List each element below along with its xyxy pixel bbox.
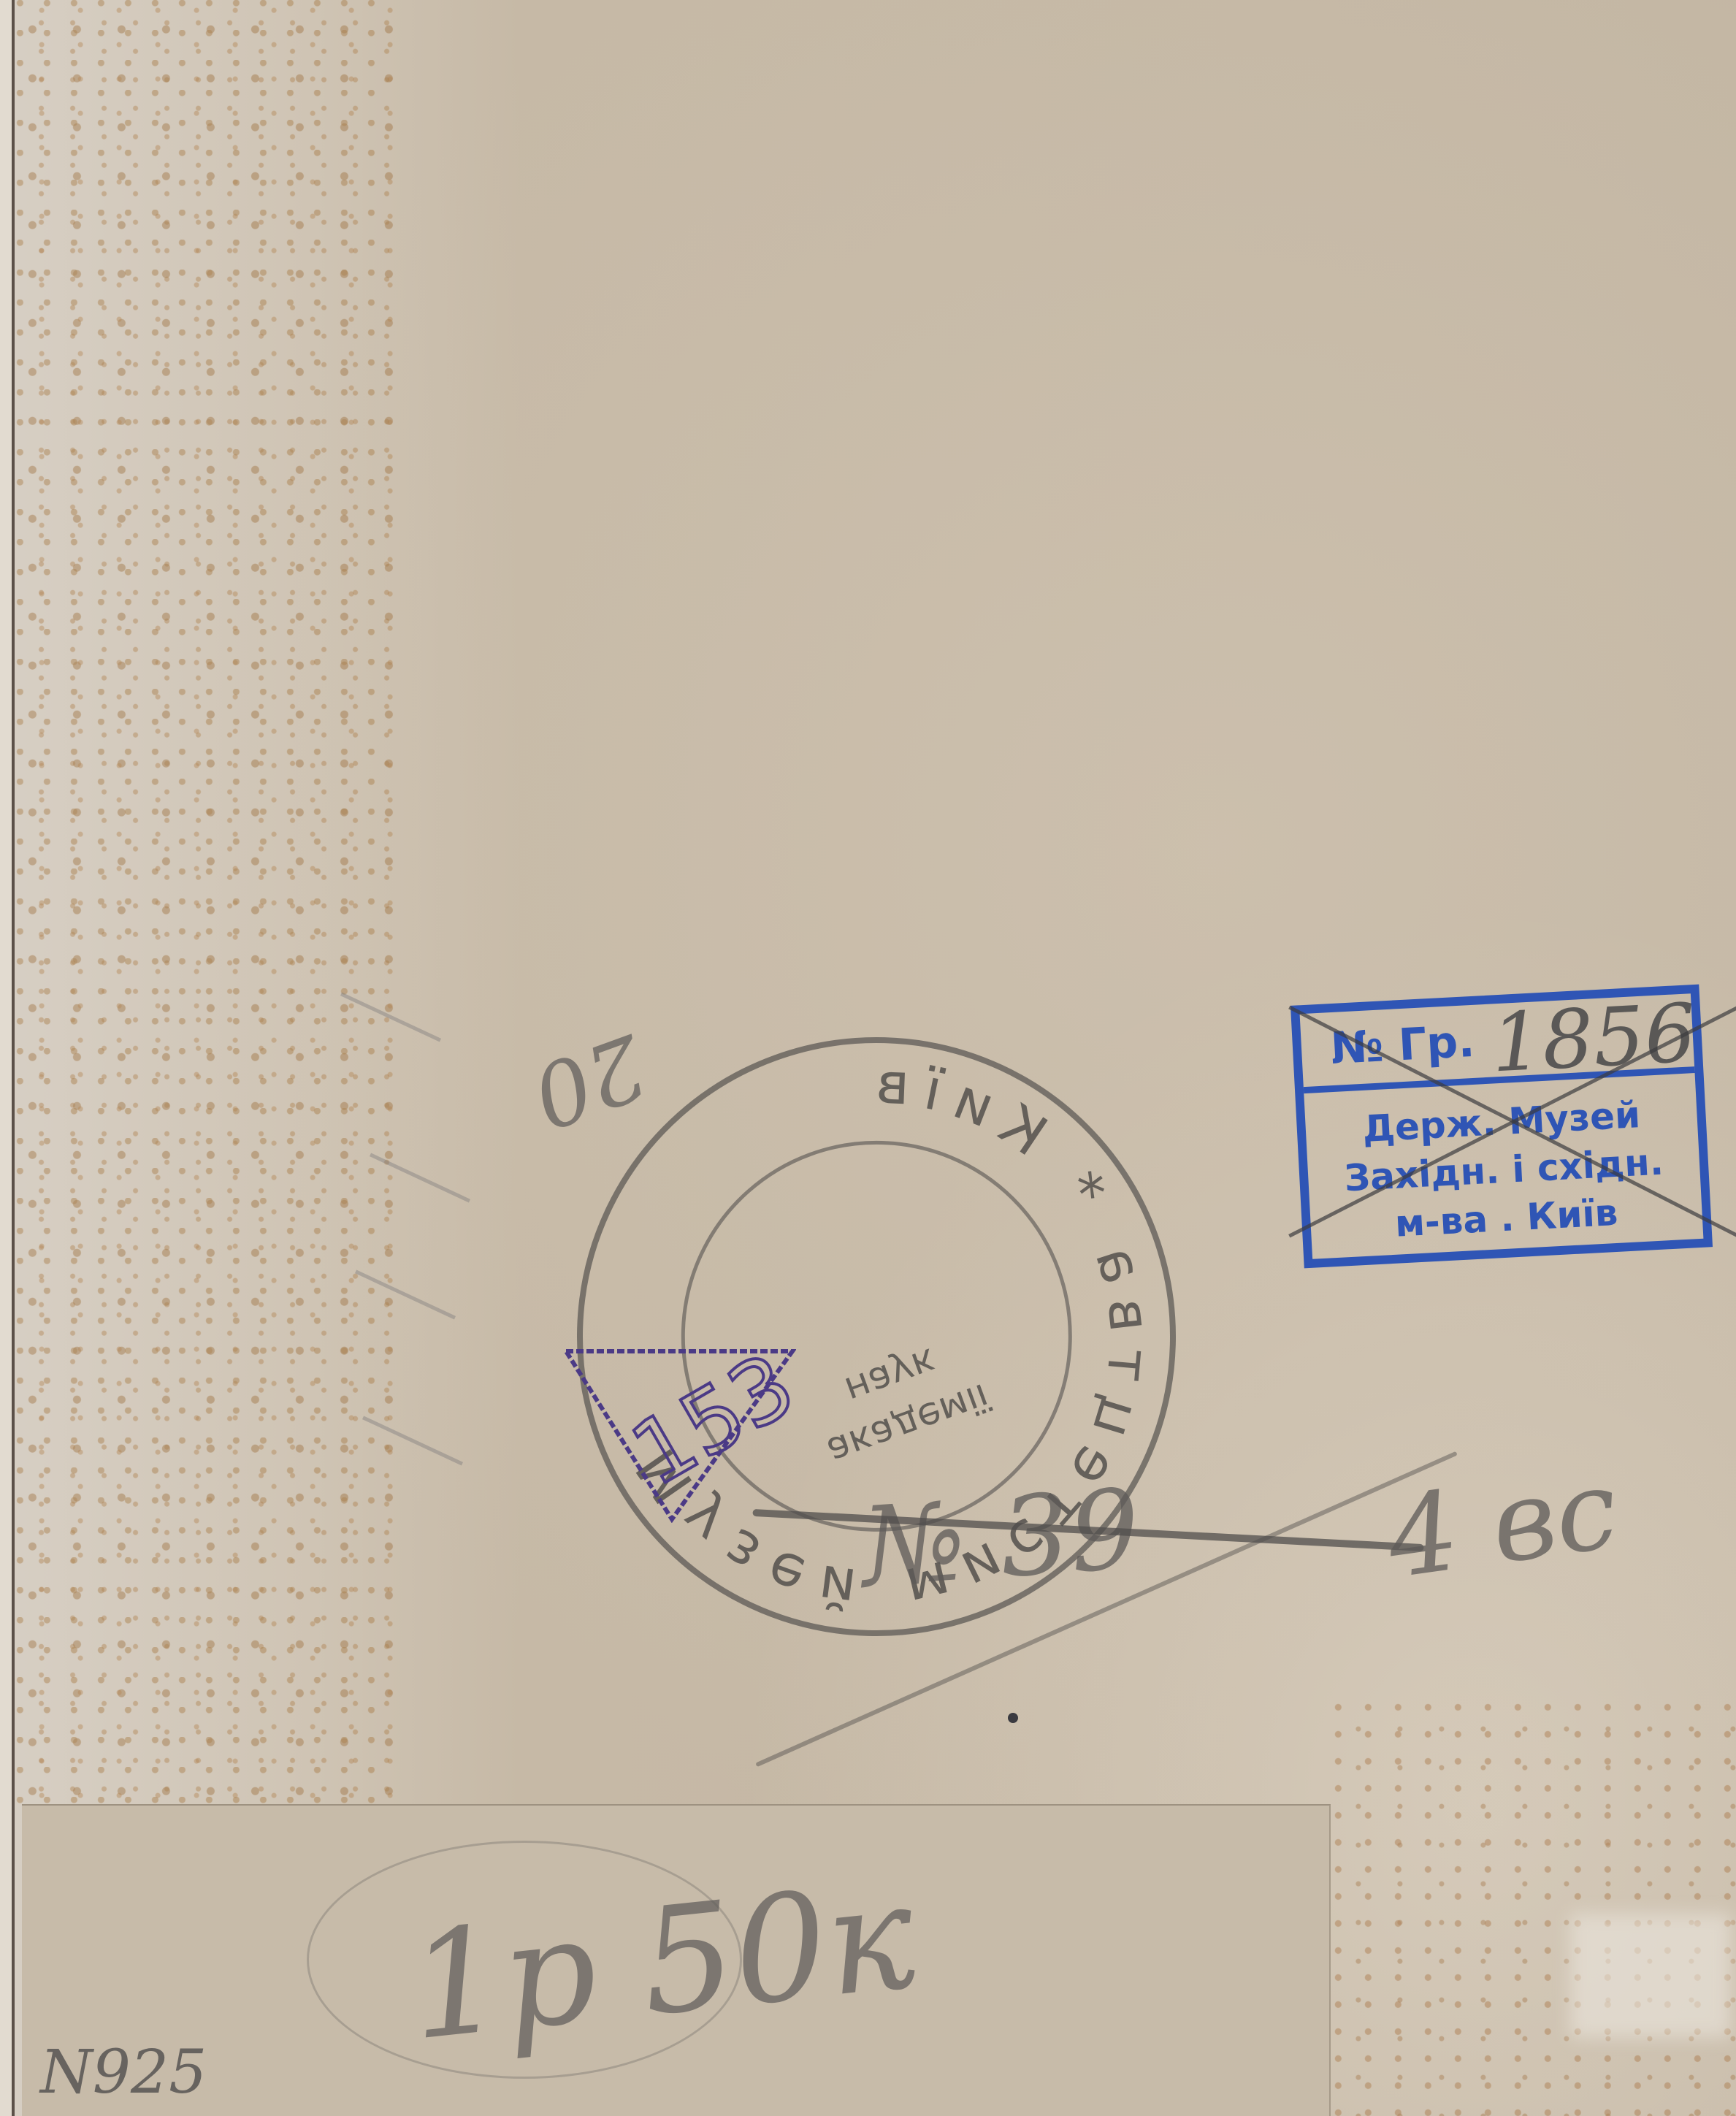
triangle-stamp: 153 [562,1348,796,1523]
svg-text:153: 153 [616,1348,796,1506]
mount-edge [0,0,15,2116]
ink-speck [1008,1713,1018,1723]
inventory-number: N925 [40,2038,207,2107]
stamp-number-value: 1856 [1489,986,1698,1090]
foxing-stains-bottom-right [1329,1702,1736,2116]
museum-registration-stamp: № Гр. 1856 Держ. Музей Західн. і східн. … [1290,985,1713,1269]
faded-patch [1570,1914,1731,2038]
crossed-pencil-number: № 39 [857,1466,1144,1612]
stamp-museum-name: Держ. Музей Західн. і східн. м-ва . Київ [1304,1073,1703,1253]
foxing-stains-left [15,0,394,1811]
